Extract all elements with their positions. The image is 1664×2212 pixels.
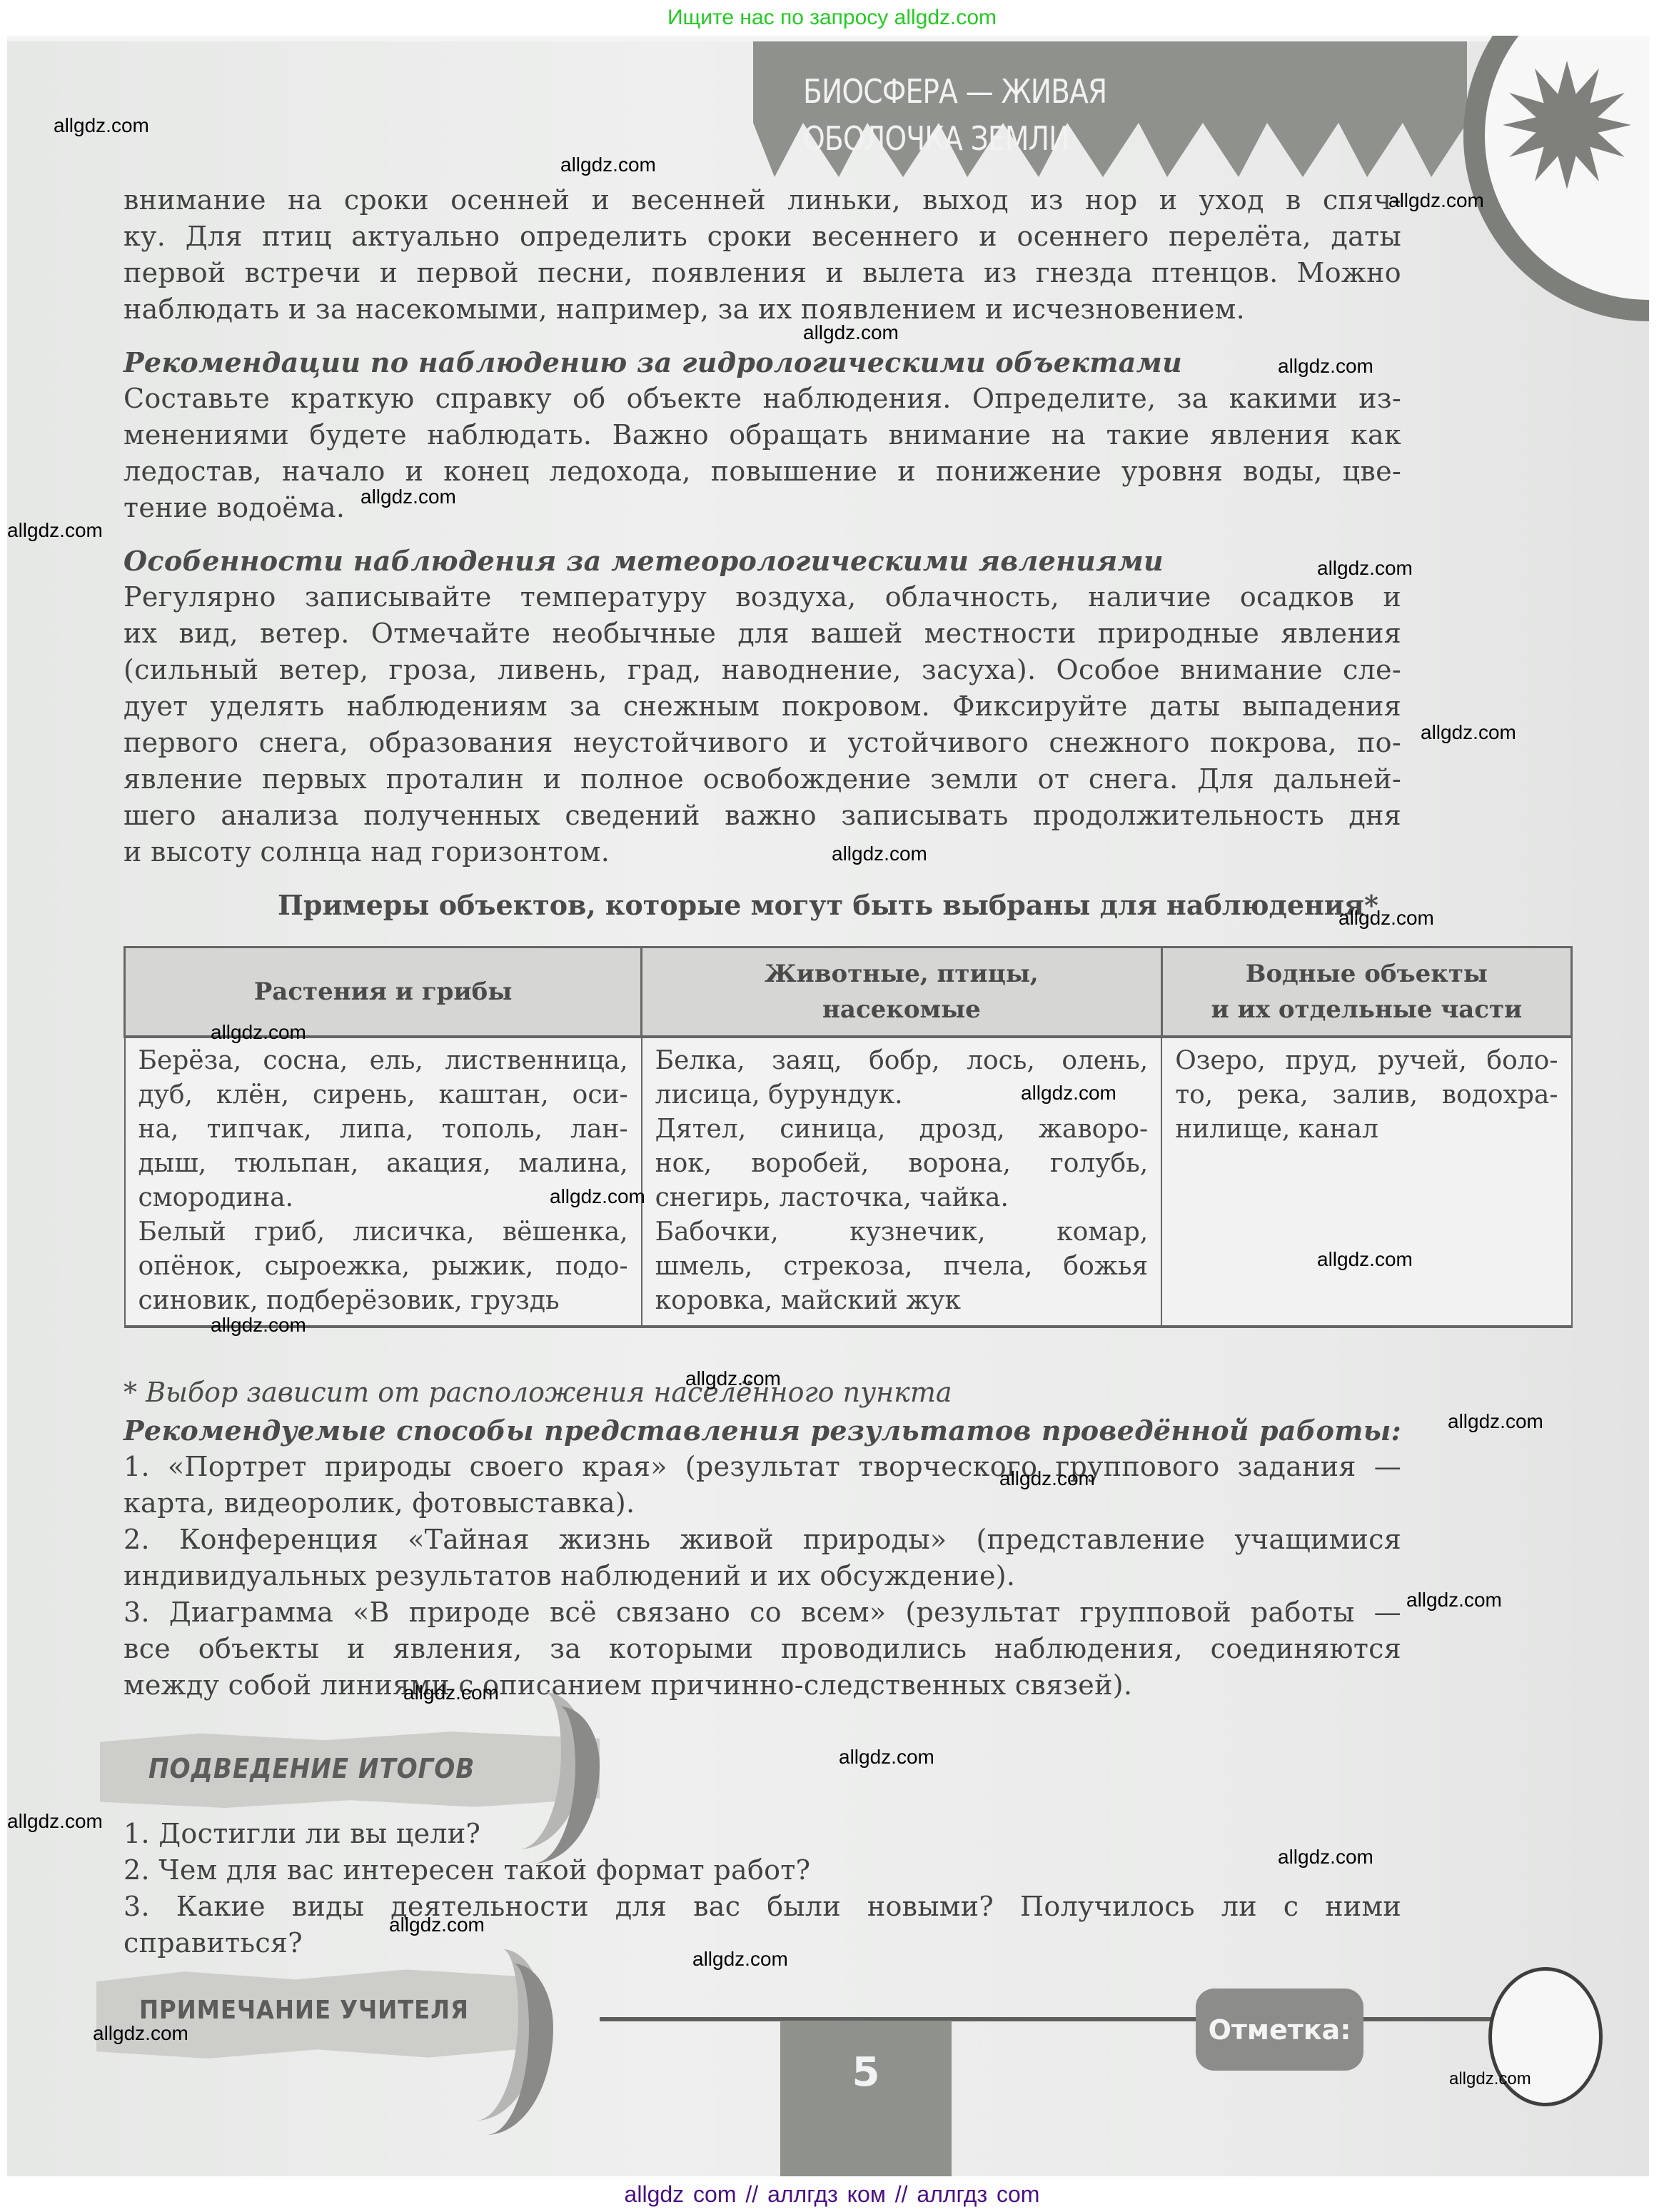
list-item: все объекты и явления, за которыми прово… [123, 1631, 1401, 1667]
header-text: и их отдельные части [1211, 995, 1522, 1024]
chapter-title-line1: БИОСФЕРА — ЖИВАЯ [803, 68, 1228, 115]
meteo-section: Особенности наблюдения за метеорологичес… [123, 543, 1401, 870]
watermark[interactable]: allgdz.com [1421, 721, 1516, 744]
hydro-heading: Рекомендации по наблюдению за гидрологич… [123, 344, 1401, 381]
watermark[interactable]: allgdz.com [1317, 557, 1413, 580]
watermark[interactable]: allgdz.com [803, 321, 899, 344]
cell-line: Бабочки, кузнечик, комар, [655, 1215, 1149, 1250]
chapter-title: БИОСФЕРА — ЖИВАЯ ОБОЛОЧКА ЗЕМЛИ [803, 68, 1228, 162]
list-item: 1. «Портрет природы своего края» (резуль… [123, 1449, 1401, 1485]
column-header-water: Водные объекты и их отдельные части [1161, 947, 1571, 1037]
watermark[interactable]: allgdz.com [1021, 1082, 1116, 1105]
cell-line: опёнок, сыроежка, рыжик, подо- [138, 1250, 628, 1284]
watermark[interactable]: allgdz.com [1278, 1846, 1373, 1869]
header-text: Растения и грибы [254, 977, 513, 1006]
header-text: насекомые [822, 995, 981, 1024]
watermark[interactable]: allgdz.com [389, 1914, 485, 1936]
text-line: Регулярно записывайте температуру воздух… [123, 579, 1401, 615]
results-section: Рекомендуемые способы представления резу… [123, 1412, 1401, 1704]
watermark[interactable]: allgdz.com [685, 1367, 781, 1390]
watermark[interactable]: allgdz.com [211, 1314, 306, 1337]
teacher-note-title: ПРИМЕЧАНИЕ УЧИТЕЛЯ [139, 1996, 469, 2025]
text-line: первой встречи и первой песни, появления… [123, 255, 1401, 291]
meteo-heading: Особенности наблюдения за метеорологичес… [123, 543, 1401, 579]
watermark[interactable]: allgdz.com [403, 1681, 499, 1704]
teacher-note-line [1360, 2017, 1492, 2021]
watermark[interactable]: allgdz.com [1388, 189, 1484, 212]
watermark[interactable]: allgdz.com [1278, 355, 1373, 378]
list-item: 3. Диаграмма «В природе всё связано со в… [123, 1594, 1401, 1631]
header-text: Животные, птицы, [765, 960, 1039, 988]
list-item: 1. Достигли ли вы цели? [123, 1816, 1401, 1852]
list-item: 2. Конференция «Тайная жизнь живой приро… [123, 1522, 1401, 1558]
summary-banner-title: ПОДВЕДЕНИЕ ИТОГОВ [148, 1753, 475, 1784]
list-item: индивидуальных результатов наблюдений и … [123, 1558, 1401, 1594]
text-line: ледостав, начало и конец ледохода, повыш… [123, 453, 1401, 490]
bottom-watermark-banner[interactable]: allgdz com // аллгдз ком // аллгдз com [0, 2176, 1664, 2212]
watermark[interactable]: allgdz.com [360, 486, 456, 508]
text-line: Составьте краткую справку об объекте наб… [123, 381, 1401, 417]
text-line: внимание на сроки осенней и весенней лин… [123, 182, 1401, 218]
watermark[interactable]: allgdz.com [1448, 1410, 1543, 1433]
cell-line: дыш, тюльпан, акация, малина, [138, 1147, 628, 1181]
watermark[interactable]: allgdz.com [832, 843, 927, 865]
text-line: явление первых проталин и полное освобож… [123, 761, 1401, 798]
cell-line: на, типчак, липа, тополь, лан- [138, 1112, 628, 1147]
cell-line: дуб, клён, сирень, каштан, оси- [138, 1078, 628, 1112]
text-line: дует уделять наблюдениям за снежным покр… [123, 688, 1401, 725]
table-header-row: Растения и грибы Животные, птицы, насеко… [125, 947, 1572, 1037]
summary-questions: 1. Достигли ли вы цели? 2. Чем для вас и… [123, 1816, 1401, 1961]
chapter-title-line2: ОБОЛОЧКА ЗЕМЛИ [803, 115, 1228, 162]
watermark[interactable]: allgdz.com [1406, 1589, 1502, 1612]
cell-line: Берёза, сосна, ель, лиственница, [138, 1044, 628, 1078]
table-footnote: * Выбор зависит от расположения населённ… [123, 1377, 952, 1408]
star-icon [1503, 61, 1631, 189]
watermark[interactable]: allgdz.com [93, 2022, 188, 2045]
watermark[interactable]: allgdz.com [550, 1185, 645, 1208]
watermark[interactable]: allgdz.com [54, 114, 149, 137]
watermark[interactable]: allgdz.com [839, 1746, 934, 1769]
banner-curve-decoration [446, 1964, 553, 2135]
cell-line: синовик, подберёзовик, груздь [138, 1284, 628, 1318]
page-number: 5 [780, 2021, 952, 2176]
column-header-animals: Животные, птицы, насекомые [642, 947, 1162, 1037]
hydro-section: Рекомендации по наблюдению за гидрологич… [123, 344, 1401, 526]
text-line: наблюдать и за насекомыми, например, за … [123, 291, 1401, 328]
watermark[interactable]: allgdz.com [560, 154, 656, 176]
text-line: ку. Для птиц актуально определить сроки … [123, 218, 1401, 255]
cell-plants: Берёза, сосна, ель, лиственница, дуб, кл… [125, 1037, 642, 1327]
list-item: 2. Чем для вас интересен такой формат ра… [123, 1852, 1401, 1889]
watermark[interactable]: allgdz.com [7, 1810, 103, 1833]
list-item: между собой линиями с описанием причинно… [123, 1667, 1401, 1704]
top-watermark-banner[interactable]: Ищите нас по запросу allgdz.com [0, 0, 1664, 36]
text-line: менениями будете наблюдать. Важно обраща… [123, 417, 1401, 453]
cell-line: Дятел, синица, дрозд, жаворо- [655, 1112, 1149, 1147]
cell-line: Белый гриб, лисичка, вёшенка, [138, 1215, 628, 1250]
watermark[interactable]: allgdz.com [7, 519, 103, 542]
column-header-plants: Растения и грибы [125, 947, 642, 1037]
cell-line: нилище, канал [1175, 1112, 1558, 1147]
watermark[interactable]: allgdz.com [1338, 907, 1434, 930]
text-line: первого снега, образования неустойчивого… [123, 725, 1401, 761]
text-line: и высоту солнца над горизонтом. [123, 834, 1401, 870]
watermark[interactable]: allgdz.com [999, 1467, 1095, 1490]
intro-paragraph: внимание на сроки осенней и весенней лин… [123, 182, 1401, 328]
list-item: 3. Какие виды деятельности для вас были … [123, 1889, 1401, 1925]
workbook-page: БИОСФЕРА — ЖИВАЯ ОБОЛОЧКА ЗЕМЛИ внимание… [7, 36, 1649, 2176]
watermark[interactable]: allgdz.com [211, 1021, 306, 1044]
cell-water: Озеро, пруд, ручей, боло- то, река, зали… [1161, 1037, 1571, 1327]
mark-label: Отметка: [1196, 1989, 1363, 2071]
text-line: шего анализа полученных сведений важно з… [123, 798, 1401, 834]
watermark[interactable]: allgdz.com [692, 1948, 788, 1971]
cell-line: Озеро, пруд, ручей, боло- [1175, 1044, 1558, 1078]
watermark[interactable]: allgdz.com [1449, 2069, 1531, 2089]
results-heading: Рекомендуемые способы представления резу… [123, 1412, 1401, 1449]
list-item: карта, видеоролик, фотовыставка). [123, 1485, 1401, 1522]
watermark[interactable]: allgdz.com [1317, 1248, 1413, 1271]
header-text: Водные объекты [1246, 960, 1488, 988]
cell-line: шмель, стрекоза, пчела, божья [655, 1250, 1149, 1284]
cell-line: Белка, заяц, бобр, лось, олень, [655, 1044, 1149, 1078]
text-line: тение водоёма. [123, 490, 1401, 526]
cell-animals: Белка, заяц, бобр, лось, олень, лисица, … [642, 1037, 1162, 1327]
text-line: (сильный ветер, гроза, ливень, град, нав… [123, 652, 1401, 688]
text-line: их вид, ветер. Отмечайте необычные для в… [123, 615, 1401, 652]
cell-line: нок, воробей, ворона, голубь, [655, 1147, 1149, 1181]
cell-line: коровка, майский жук [655, 1284, 1149, 1318]
cell-line: снегирь, ласточка, чайка. [655, 1181, 1149, 1215]
cell-line: то, река, залив, водохра- [1175, 1078, 1558, 1112]
table-row: Берёза, сосна, ель, лиственница, дуб, кл… [125, 1037, 1572, 1327]
